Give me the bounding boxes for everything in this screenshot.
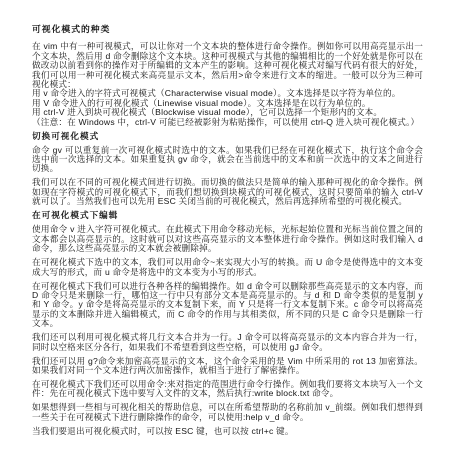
paragraph-join-lines: 我们还可以利用可视化模式将几行文本合并为一行。J 命令可以将高亮显示的文本内容合…	[32, 333, 423, 352]
paragraph-case-conversion: 在可视化模式下选中的文本，我们可以用命令~来实现大小写的转换。而 U 命令是使得…	[32, 258, 423, 277]
section-heading-switch-visual-mode: 切换可视化模式	[32, 132, 423, 141]
document-content: 可视化模式的种类 在 vim 中有一种可视模式，可以让你对一个文本块的整体进行命…	[32, 25, 423, 441]
paragraph-rot13-encrypt: 我们还可以用 g?命令来加密高亮显示的文本，这个命令采用的是 Vim 中所采用的…	[32, 357, 423, 376]
paragraph-enter-charwise-edit: 使用命令 v 进入字符可视化模式。在此模式下用命令移动光标，光标起始位置和光标当…	[32, 225, 423, 253]
paragraph-switch-between-modes: 我们可以在不同的可视化模式间进行切换。而切换的做法只是简单的输入那种可视化的命令…	[32, 178, 423, 206]
section-heading-edit-in-visual-mode: 在可视化模式下编辑	[32, 211, 423, 220]
paragraph-gv-command: 命令 gv 可以重复前一次可视化模式时选中的文本。如果我们已经在可视化模式下，执…	[32, 146, 423, 174]
paragraph-edit-commands: 在可视化模式下我们可以进行各种各样的编辑操作。如 d 命令可以删除那些高亮显示的…	[32, 282, 423, 329]
document-title: 可视化模式的种类	[32, 25, 423, 34]
paragraph-exit-visual-mode: 当我们要退出可视化模式时，可以按 ESC 键，也可以按 ctrl+c 键。	[32, 427, 423, 436]
document-page: 可视化模式的种类 在 vim 中有一种可视模式，可以让你对一个文本块的整体进行命…	[0, 0, 452, 452]
paragraph-range-command: 在可视化模式下我们还可以用命令:来对指定的范围进行命令行操作。例如我们要将文本块…	[32, 380, 423, 399]
paragraph-visual-mode-intro: 在 vim 中有一种可视模式，可以让你对一个文本块的整体进行命令操作。例如你可以…	[32, 42, 423, 89]
paragraph-help-prefix: 如果想得到一些相与可视化相关的帮助信息，可以在所希望帮助的名称前加 v_前缀。例…	[32, 403, 423, 422]
paragraph-windows-note: （注意：在 Windows 中，ctrl-V 可能已经被影射为粘贴操作，可以使用…	[32, 118, 423, 127]
